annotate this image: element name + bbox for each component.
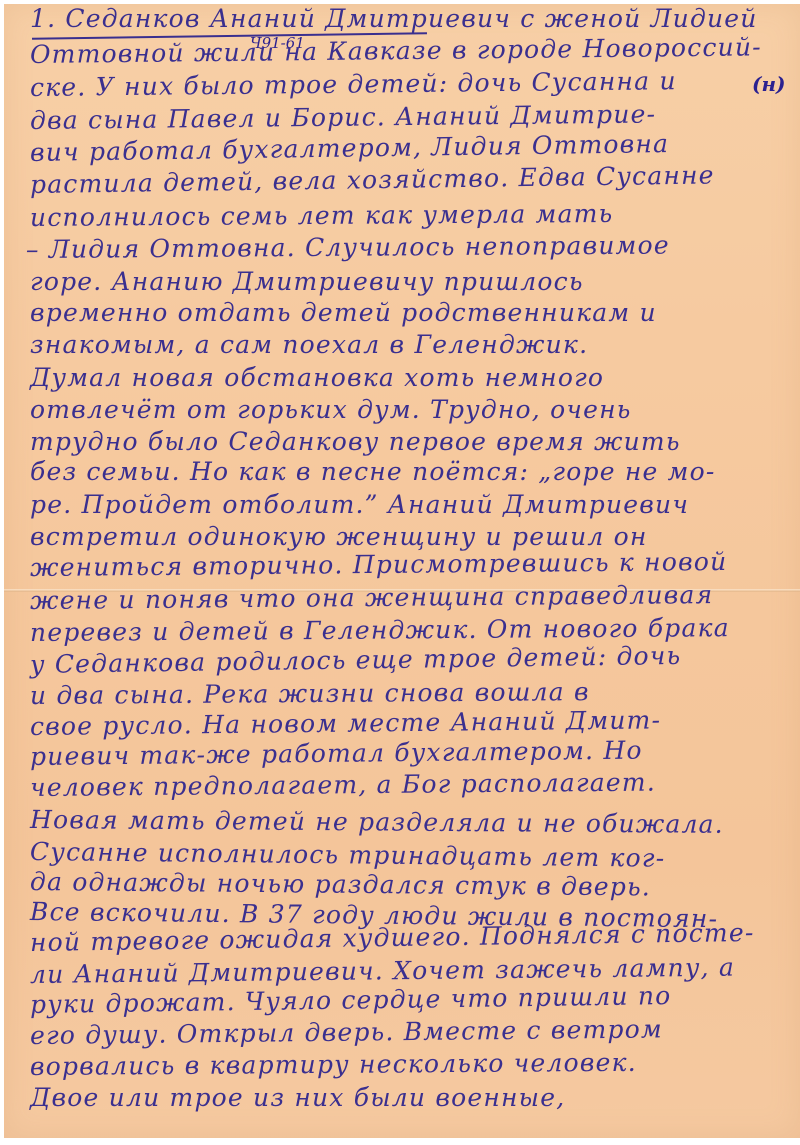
text-line: 1. Седанков Ананий Дмитриевич с женой Ли… [30, 4, 758, 33]
text-line: ре. Пройдет отболит.” Ананий Дмитриевич [30, 490, 689, 519]
text-line: без семьи. Но как в песне поётся: „горе … [30, 457, 715, 486]
text-line: исполнилось семь лет как умерла мать [30, 199, 614, 232]
margin-annotation: (н) [752, 72, 786, 96]
text-line: да однажды ночью раздался стук в дверь. [30, 867, 651, 901]
text-line: – Лидия Оттовна. Случилось непоправимое [26, 231, 670, 264]
text-line: временно отдать детей родственникам и [30, 298, 657, 327]
text-line: человек предполагает, а Бог располагает. [30, 768, 656, 802]
text-line: жене и поняв что она женщина справедлива… [30, 580, 714, 615]
text-line: жениться вторично. Присмотревшись к ново… [30, 547, 728, 582]
text-line: ворвались в квартиру несколько человек. [30, 1048, 637, 1081]
text-line: знакомым, а сам поехал в Геленджик. [30, 330, 588, 359]
text-line: горе. Ананию Дмитриевичу пришлось [30, 267, 584, 296]
text-line: отвлечёт от горьких дум. Трудно, очень [30, 395, 632, 424]
text-line: трудно было Седанкову первое время жить [30, 427, 681, 456]
text-line: Двое или трое из них были военные, [30, 1083, 565, 1112]
text-line: встретил одинокую женщину и решил он [30, 522, 648, 551]
text-line: Новая мать детей не разделяла и не обижа… [30, 805, 724, 839]
text-line: и два сына. Река жизни снова вошла в [30, 677, 590, 710]
text-line: Думал новая обстановка хоть немного [30, 363, 604, 392]
